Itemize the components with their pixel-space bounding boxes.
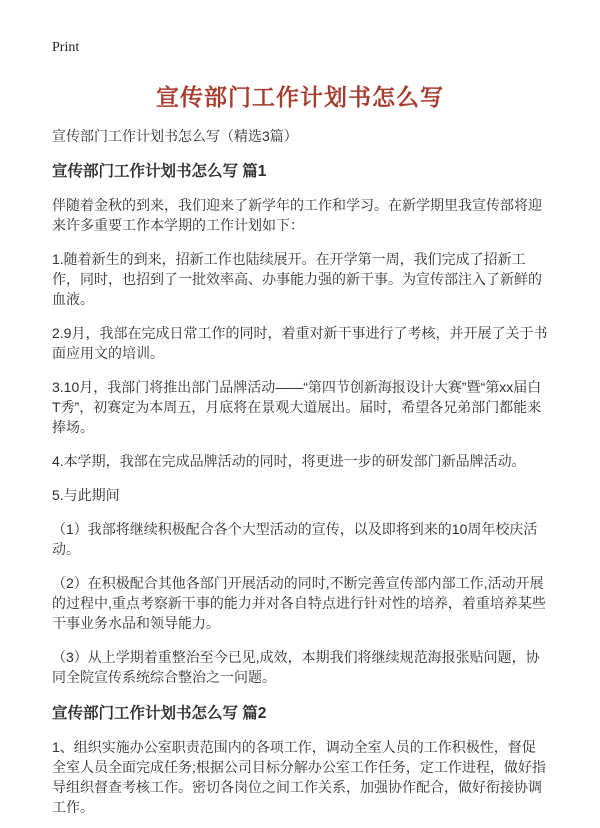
print-button[interactable]: Print xyxy=(52,40,79,56)
paragraph-item-4: 4.本学期，我部在完成品牌活动的同时，将更进一步的研发部门新品牌活动。 xyxy=(52,451,548,471)
paragraph-item-1: 1.随着新生的到来，招新工作也陆续展开。在开学第一周，我们完成了招新工作，同时，… xyxy=(52,249,548,309)
paragraph-section2-item-1: 1、组织实施办公室职责范围内的各项工作，调动全室人员的工作积极性，督促全室人员全… xyxy=(52,737,548,817)
paragraph-item-5: 5.与此期间 xyxy=(52,485,548,505)
paragraph-subitem-2: （2）在积极配合其他各部门开展活动的同时,不断完善宣传部内部工作,活动开展的过程… xyxy=(52,573,548,633)
document-page: Print 宣传部门工作计划书怎么写 宣传部门工作计划书怎么写（精选3篇） 宣传… xyxy=(0,0,600,828)
paragraph-subitem-3: （3）从上学期着重整治至今已见,成效，本期我们将继续规范海报张贴问题，协同全院宣… xyxy=(52,647,548,687)
paragraph-intro: 伴随着金秋的到来，我们迎来了新学年的工作和学习。在新学期里我宣传部将迎来许多重要… xyxy=(52,195,548,235)
paragraph-item-3: 3.10月，我部门将推出部门品牌活动——“第四节创新海报设计大赛”暨“第xx届白… xyxy=(52,377,548,437)
document-subtitle: 宣传部门工作计划书怎么写（精选3篇） xyxy=(52,127,548,145)
section-heading-2: 宣传部门工作计划书怎么写 篇2 xyxy=(52,704,548,723)
section-heading-1: 宣传部门工作计划书怎么写 篇1 xyxy=(52,162,548,181)
paragraph-item-2: 2.9月，我部在完成日常工作的同时，着重对新干事进行了考核，并开展了关于书面应用… xyxy=(52,323,548,363)
paragraph-subitem-1: （1）我部将继续积极配合各个大型活动的宣传，以及即将到来的10周年校庆活动。 xyxy=(52,519,548,559)
document-title: 宣传部门工作计划书怎么写 xyxy=(52,83,548,111)
